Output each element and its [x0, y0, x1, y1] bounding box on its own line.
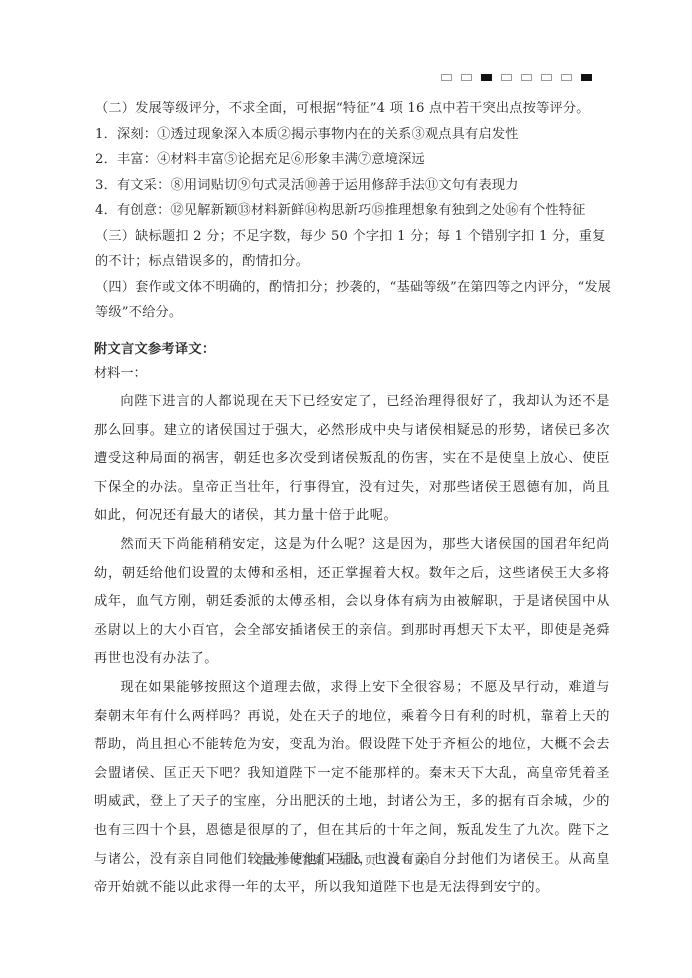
- appendix-heading: 附文言文参考译文：: [94, 338, 610, 362]
- page-marker-box-filled: [481, 74, 492, 81]
- page-marker-box: [501, 74, 512, 81]
- translation-paragraph: 向陛下进言的人都说现在天下已经安定了，已经治理得很好了，我却认为还不是那么回事。…: [94, 388, 610, 531]
- material-label: 材料一：: [94, 362, 610, 386]
- scoring-criteria-section: （二）发展等级评分，不求全面，可根据“特征”4 项 16 点中若干突出点按等评分…: [95, 96, 615, 326]
- development-level-rule: （二）发展等级评分，不求全面，可根据“特征”4 项 16 点中若干突出点按等评分…: [95, 96, 615, 122]
- page-marker-box: [541, 74, 552, 81]
- deduction-rule: （三）缺标题扣 2 分；不足字数，每少 50 个字扣 1 分；每 1 个错别字扣…: [95, 224, 615, 275]
- page-marker-box: [441, 74, 452, 81]
- criteria-item-literary: 3．有文采：⑧用词贴切⑨句式灵活⑩善于运用修辞手法⑪文句有表现力: [95, 173, 615, 199]
- plagiarism-rule: （四）套作或文体不明确的，酌情扣分；抄袭的，“基础等级”在第四等之内评分，“发展…: [95, 275, 615, 326]
- criteria-item-creativity: 4．有创意：⑫见解新颖⑬材料新鲜⑭构思新巧⑮推理想象有独到之处⑯有个性特征: [95, 198, 615, 224]
- translation-paragraph: 然而天下尚能稍稍安定，这是为什么呢？这是因为，那些大诸侯国的国君年纪尚幼，朝廷给…: [94, 531, 610, 674]
- criteria-item-depth: 1．深刻：①透过现象深入本质②揭示事物内在的关系③观点具有启发性: [95, 122, 615, 148]
- page-marker-box: [461, 74, 472, 81]
- page-marker-box-filled: [581, 74, 592, 81]
- criteria-item-richness: 2．丰富：④材料丰富⑤论据充足⑥形象丰满⑦意境深远: [95, 147, 615, 173]
- page-marker-box: [561, 74, 572, 81]
- page-footer: 语文参考答案 • 第 5 页（共 6 页）: [0, 852, 692, 868]
- page-marker-box: [521, 74, 532, 81]
- classical-chinese-translation-section: 附文言文参考译文： 材料一： 向陛下进言的人都说现在天下已经安定了，已经治理得很…: [94, 338, 610, 903]
- page-marker-boxes: [441, 74, 592, 81]
- translation-paragraph: 现在如果能够按照这个道理去做，求得上安下全很容易；不愿及早行动，难道与秦朝末年有…: [94, 674, 610, 903]
